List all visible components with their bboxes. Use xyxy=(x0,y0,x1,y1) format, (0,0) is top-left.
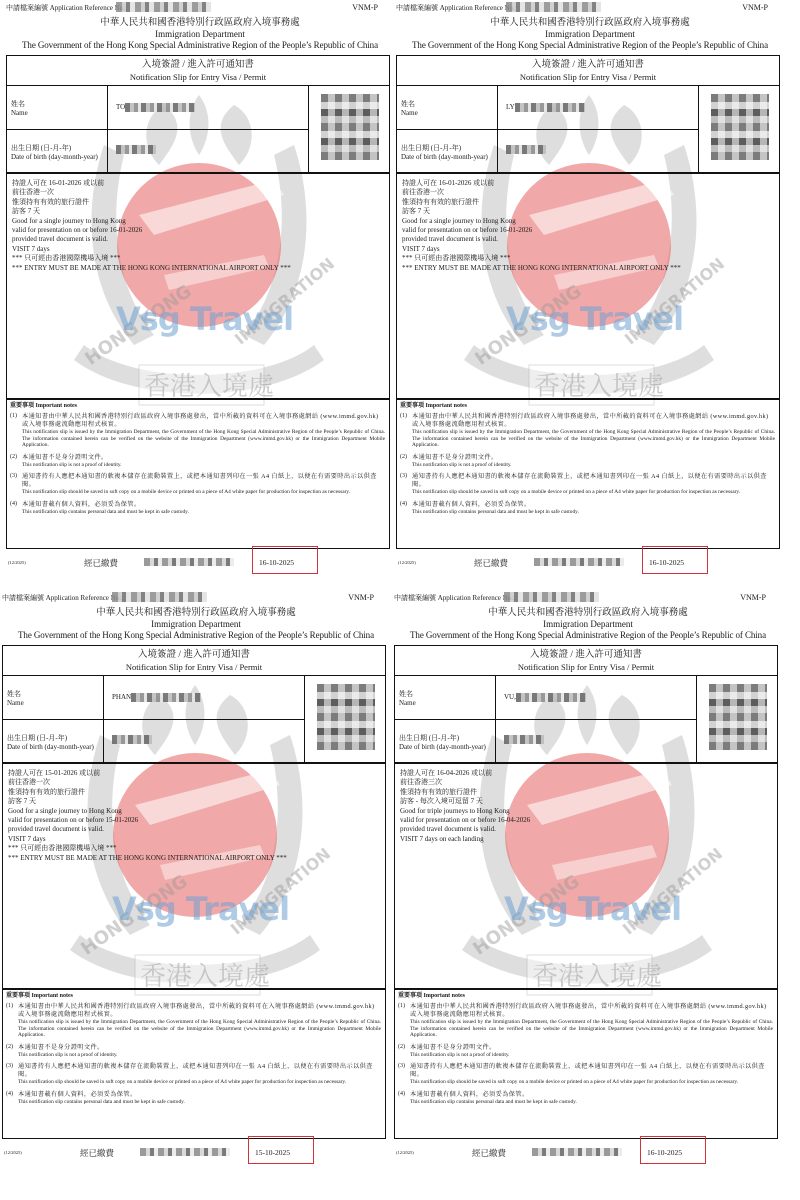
receipt-redacted xyxy=(140,1148,230,1156)
note-item: (2)本通知書不是身分證明文件。This notification slip i… xyxy=(398,1044,773,1059)
note-en: This notification slip contains personal… xyxy=(18,1099,185,1106)
note-item: (3)通知書持有人應把本通知書的軟複本儲存在流動裝置上，或把本通知書列印在一張 … xyxy=(6,1063,381,1086)
holder-photo-redacted xyxy=(321,94,379,160)
fee-paid-label: 經已繳費 xyxy=(474,557,508,569)
note-cn: 本通知書由中華人民共和國香港特別行政區政府入境事務處發出，當中所載的資料可在入境… xyxy=(18,1003,381,1019)
name-redacted xyxy=(515,103,585,112)
note-item: (3)通知書持有人應把本通知書的軟複本儲存在流動裝置上，或把本通知書列印在一張 … xyxy=(10,473,385,496)
slip-title: 入境簽證 / 進入許可通知書 Notification Slip for Ent… xyxy=(3,646,385,676)
condition-line: provided travel document is valid. xyxy=(12,235,389,244)
ref-number-redacted xyxy=(112,592,207,602)
slip-frame: 入境簽證 / 進入許可通知書 Notification Slip for Ent… xyxy=(2,645,386,1139)
important-notes: 重要事項 Important notes (1)本通知書由中華人民共和國香港特別… xyxy=(397,400,779,515)
name-label: 姓名 Name xyxy=(397,86,497,130)
condition-line: Good for a single journey to Hong Kong xyxy=(12,217,389,226)
slip-title-en: Notification Slip for Entry Visa / Permi… xyxy=(397,71,779,83)
condition-line: 訪客 - 每次入境可逗留 7 天 xyxy=(400,797,777,806)
note-cn: 本通知書載有個人資料，必須妥為保管。 xyxy=(412,501,579,509)
issuer-cn: 中華人民共和國香港特別行政區政府入境事務處 xyxy=(392,608,784,619)
note-en: This notification slip should be saved i… xyxy=(410,1079,773,1086)
condition-line: VISIT 7 days xyxy=(8,835,385,844)
receipt-redacted xyxy=(532,1148,622,1156)
condition-line: VISIT 7 days xyxy=(12,245,389,254)
condition-line: provided travel document is valid. xyxy=(8,825,385,834)
holder-info: 姓名 Name 出生日期 (日-月-年) Date of birth (day-… xyxy=(397,86,779,174)
note-item: (4)本通知書載有個人資料，必須妥為保管。This notification s… xyxy=(400,501,775,516)
condition-line: 持證人可在 16-01-2026 或以前 xyxy=(402,179,779,188)
note-item: (2)本通知書不是身分證明文件。This notification slip i… xyxy=(6,1044,381,1059)
visa-conditions: 持證人可在 16-01-2026 或以前前往香港一次惟須持有有效的旅行證件訪客 … xyxy=(397,174,779,400)
form-code: (12/2025) xyxy=(396,1150,414,1155)
note-en: This notification slip contains personal… xyxy=(410,1099,577,1106)
holder-info: 姓名 Name 出生日期 (日-月-年) Date of birth (day-… xyxy=(7,86,389,174)
condition-line: 前往香港一次 xyxy=(402,188,779,197)
issuer-gov: The Government of the Hong Kong Special … xyxy=(4,40,396,51)
note-en: This notification slip is not a proof of… xyxy=(18,1052,118,1059)
fee-paid-label: 經已繳費 xyxy=(84,557,118,569)
important-notes: 重要事項 Important notes (1)本通知書由中華人民共和國香港特別… xyxy=(3,990,385,1105)
dob-label: 出生日期 (日-月-年) Date of birth (day-month-ye… xyxy=(7,130,107,174)
condition-line: Good for triple journeys to Hong Kong xyxy=(400,807,777,816)
name-redacted xyxy=(516,693,586,702)
dob-redacted xyxy=(506,145,546,154)
issuer-dept: Immigration Department xyxy=(0,619,392,630)
slip-title-en: Notification Slip for Entry Visa / Permi… xyxy=(395,661,777,673)
name-label: 姓名 Name xyxy=(7,86,107,130)
note-cn: 本通知書載有個人資料，必須妥為保管。 xyxy=(22,501,189,509)
notification-slip: 中請檔案編號 Application Reference No.: VNM-P … xyxy=(0,590,392,1180)
condition-line: 前往香港一次 xyxy=(12,188,389,197)
dob-value xyxy=(108,130,308,174)
name-value: PHAN xyxy=(104,676,304,720)
notification-slip: 中請檔案編號 Application Reference No.: VNM-P … xyxy=(4,0,396,590)
issuer-header: 中華人民共和國香港特別行政區政府入境事務處 Immigration Depart… xyxy=(394,18,786,51)
dob-redacted xyxy=(116,145,156,154)
note-number: (2) xyxy=(6,1044,18,1059)
note-en: This notification slip is issued by the … xyxy=(18,1019,381,1039)
category-code: VNM-P xyxy=(740,593,766,602)
form-code: (12/2025) xyxy=(398,560,416,565)
condition-line: valid for presentation on or before 16-0… xyxy=(12,226,389,235)
slip-footer: (12/2025) 經已繳費 16-10-2025 xyxy=(4,552,396,576)
ref-label: 中請檔案編號 Application Reference No.: xyxy=(396,3,517,13)
note-item: (4)本通知書載有個人資料，必須妥為保管。This notification s… xyxy=(398,1091,773,1106)
dob-label: 出生日期 (日-月-年) Date of birth (day-month-ye… xyxy=(395,720,495,764)
issuer-gov: The Government of the Hong Kong Special … xyxy=(394,40,786,51)
slip-title-cn: 入境簽證 / 進入許可通知書 xyxy=(3,649,385,661)
condition-line: *** 只可經由香港國際機場入境 *** xyxy=(402,254,779,263)
name-redacted xyxy=(131,693,201,702)
holder-info: 姓名 Name 出生日期 (日-月-年) Date of birth (day-… xyxy=(395,676,777,764)
condition-line: provided travel document is valid. xyxy=(400,825,777,834)
notes-heading: 重要事項 Important notes xyxy=(400,403,775,410)
condition-line: provided travel document is valid. xyxy=(402,235,779,244)
condition-line: Good for a single journey to Hong Kong xyxy=(402,217,779,226)
note-item: (2)本通知書不是身分證明文件。This notification slip i… xyxy=(10,454,385,469)
condition-line: valid for presentation on or before 15-0… xyxy=(8,816,385,825)
slip-title-cn: 入境簽證 / 進入許可通知書 xyxy=(395,649,777,661)
condition-line: *** 只可經由香港國際機場入境 *** xyxy=(12,254,389,263)
issuer-dept: Immigration Department xyxy=(392,619,784,630)
holder-photo-redacted xyxy=(711,94,769,160)
issuer-cn: 中華人民共和國香港特別行政區政府入境事務處 xyxy=(4,18,396,29)
condition-line: 前往香港三次 xyxy=(400,778,777,787)
note-cn: 本通知書由中華人民共和國香港特別行政區政府入境事務處發出，當中所載的資料可在入境… xyxy=(412,413,775,429)
notes-heading: 重要事項 Important notes xyxy=(10,403,385,410)
note-cn: 本通知書由中華人民共和國香港特別行政區政府入境事務處發出，當中所載的資料可在入境… xyxy=(410,1003,773,1019)
category-code: VNM-P xyxy=(348,593,374,602)
fee-paid-label: 經已繳費 xyxy=(472,1147,506,1159)
note-cn: 通知書持有人應把本通知書的軟複本儲存在流動裝置上，或把本通知書列印在一張 A4 … xyxy=(410,1063,773,1079)
reference-line: 中請檔案編號 Application Reference No.: VNM-P xyxy=(2,592,388,604)
issue-date: 16-10-2025 xyxy=(649,558,684,567)
issuer-cn: 中華人民共和國香港特別行政區政府入境事務處 xyxy=(394,18,786,29)
note-en: This notification slip should be saved i… xyxy=(412,489,775,496)
note-number: (3) xyxy=(398,1063,410,1086)
receipt-redacted xyxy=(534,558,624,566)
slip-frame: 入境簽證 / 進入許可通知書 Notification Slip for Ent… xyxy=(6,55,390,549)
name-value: TO xyxy=(108,86,308,130)
condition-line: 訪客 7 天 xyxy=(402,207,779,216)
name-label: 姓名 Name xyxy=(395,676,495,720)
dob-label: 出生日期 (日-月-年) Date of birth (day-month-ye… xyxy=(3,720,103,764)
note-item: (3)通知書持有人應把本通知書的軟複本儲存在流動裝置上，或把本通知書列印在一張 … xyxy=(400,473,775,496)
note-cn: 本通知書由中華人民共和國香港特別行政區政府入境事務處發出，當中所載的資料可在入境… xyxy=(22,413,385,429)
ref-label: 中請檔案編號 Application Reference No.: xyxy=(394,593,515,603)
condition-line: 持證人可在 16-04-2026 或以前 xyxy=(400,769,777,778)
note-number: (2) xyxy=(400,454,412,469)
important-notes: 重要事項 Important notes (1)本通知書由中華人民共和國香港特別… xyxy=(7,400,389,515)
note-en: This notification slip is issued by the … xyxy=(412,429,775,449)
note-en: This notification slip is issued by the … xyxy=(410,1019,773,1039)
note-number: (1) xyxy=(398,1003,410,1039)
condition-line: 前往香港一次 xyxy=(8,778,385,787)
fee-paid-label: 經已繳費 xyxy=(80,1147,114,1159)
visa-conditions: 持證人可在 16-04-2026 或以前前往香港三次惟須持有有效的旅行證件訪客 … xyxy=(395,764,777,990)
notification-slip: 中請檔案編號 Application Reference No.: VNM-P … xyxy=(394,0,786,590)
condition-line: 惟須持有有效的旅行證件 xyxy=(8,788,385,797)
ref-number-redacted xyxy=(506,2,601,12)
condition-line: valid for presentation on or before 16-0… xyxy=(402,226,779,235)
reference-line: 中請檔案編號 Application Reference No.: VNM-P xyxy=(6,2,392,14)
reference-line: 中請檔案編號 Application Reference No.: VNM-P xyxy=(394,592,780,604)
condition-line: *** 只可經由香港國際機場入境 *** xyxy=(8,844,385,853)
note-item: (1)本通知書由中華人民共和國香港特別行政區政府入境事務處發出，當中所載的資料可… xyxy=(400,413,775,449)
issuer-header: 中華人民共和國香港特別行政區政府入境事務處 Immigration Depart… xyxy=(392,608,784,641)
ref-label: 中請檔案編號 Application Reference No.: xyxy=(2,593,123,603)
slips-grid: 中請檔案編號 Application Reference No.: VNM-P … xyxy=(0,0,800,1200)
condition-line: VISIT 7 days on each landing xyxy=(400,835,777,844)
slip-title: 入境簽證 / 進入許可通知書 Notification Slip for Ent… xyxy=(397,56,779,86)
dob-redacted xyxy=(112,735,152,744)
note-cn: 本通知書載有個人資料，必須妥為保管。 xyxy=(410,1091,577,1099)
holder-info: 姓名 Name 出生日期 (日-月-年) Date of birth (day-… xyxy=(3,676,385,764)
note-number: (4) xyxy=(398,1091,410,1106)
note-item: (4)本通知書載有個人資料，必須妥為保管。This notification s… xyxy=(6,1091,381,1106)
note-number: (4) xyxy=(10,501,22,516)
issuer-gov: The Government of the Hong Kong Special … xyxy=(0,630,392,641)
note-cn: 通知書持有人應把本通知書的軟複本儲存在流動裝置上，或把本通知書列印在一張 A4 … xyxy=(22,473,385,489)
note-en: This notification slip contains personal… xyxy=(412,509,579,516)
note-en: This notification slip should be saved i… xyxy=(22,489,385,496)
dob-value xyxy=(104,720,304,764)
holder-photo-redacted xyxy=(317,684,375,750)
ref-number-redacted xyxy=(116,2,211,12)
name-prefix: TO xyxy=(116,103,125,111)
note-cn: 本通知書不是身分證明文件。 xyxy=(412,454,512,462)
issuer-gov: The Government of the Hong Kong Special … xyxy=(392,630,784,641)
condition-line: *** ENTRY MUST BE MADE AT THE HONG KONG … xyxy=(8,854,385,863)
issue-date: 16-10-2025 xyxy=(259,558,294,567)
condition-line: valid for presentation on or before 16-0… xyxy=(400,816,777,825)
condition-line: Good for a single journey to Hong Kong xyxy=(8,807,385,816)
important-notes: 重要事項 Important notes (1)本通知書由中華人民共和國香港特別… xyxy=(395,990,777,1105)
note-number: (2) xyxy=(10,454,22,469)
form-code: (12/2025) xyxy=(4,1150,22,1155)
slip-frame: 入境簽證 / 進入許可通知書 Notification Slip for Ent… xyxy=(396,55,780,549)
name-prefix: PHAN xyxy=(112,693,131,701)
slip-footer: (12/2025) 經已繳費 15-10-2025 xyxy=(0,1142,392,1166)
note-item: (1)本通知書由中華人民共和國香港特別行政區政府入境事務處發出，當中所載的資料可… xyxy=(6,1003,381,1039)
note-number: (4) xyxy=(400,501,412,516)
note-item: (3)通知書持有人應把本通知書的軟複本儲存在流動裝置上，或把本通知書列印在一張 … xyxy=(398,1063,773,1086)
name-value: LY xyxy=(498,86,698,130)
slip-title-en: Notification Slip for Entry Visa / Permi… xyxy=(3,661,385,673)
condition-line: 訪客 7 天 xyxy=(12,207,389,216)
note-number: (1) xyxy=(10,413,22,449)
holder-photo-redacted xyxy=(709,684,767,750)
visa-conditions: 持證人可在 16-01-2026 或以前前往香港一次惟須持有有效的旅行證件訪客 … xyxy=(7,174,389,400)
receipt-redacted xyxy=(144,558,234,566)
note-number: (3) xyxy=(10,473,22,496)
slip-title: 入境簽證 / 進入許可通知書 Notification Slip for Ent… xyxy=(395,646,777,676)
dob-value xyxy=(498,130,698,174)
note-cn: 本通知書載有個人資料，必須妥為保管。 xyxy=(18,1091,185,1099)
note-number: (1) xyxy=(400,413,412,449)
condition-line: *** ENTRY MUST BE MADE AT THE HONG KONG … xyxy=(402,264,779,273)
visa-conditions: 持證人可在 15-01-2026 或以前前往香港一次惟須持有有效的旅行證件訪客 … xyxy=(3,764,385,990)
slip-footer: (12/2025) 經已繳費 16-10-2025 xyxy=(392,1142,784,1166)
issue-date: 16-10-2025 xyxy=(647,1148,682,1157)
name-prefix: VU, xyxy=(504,693,516,701)
note-en: This notification slip is not a proof of… xyxy=(410,1052,510,1059)
dob-label: 出生日期 (日-月-年) Date of birth (day-month-ye… xyxy=(397,130,497,174)
note-item: (1)本通知書由中華人民共和國香港特別行政區政府入境事務處發出，當中所載的資料可… xyxy=(10,413,385,449)
note-number: (3) xyxy=(400,473,412,496)
condition-line: 惟須持有有效的旅行證件 xyxy=(400,788,777,797)
note-en: This notification slip is not a proof of… xyxy=(22,462,122,469)
condition-line: 訪客 7 天 xyxy=(8,797,385,806)
note-cn: 本通知書不是身分證明文件。 xyxy=(410,1044,510,1052)
name-label: 姓名 Name xyxy=(3,676,103,720)
issuer-cn: 中華人民共和國香港特別行政區政府入境事務處 xyxy=(0,608,392,619)
issuer-header: 中華人民共和國香港特別行政區政府入境事務處 Immigration Depart… xyxy=(4,18,396,51)
notes-heading: 重要事項 Important notes xyxy=(398,993,773,1000)
slip-title-cn: 入境簽證 / 進入許可通知書 xyxy=(397,59,779,71)
slip-title-en: Notification Slip for Entry Visa / Permi… xyxy=(7,71,389,83)
reference-line: 中請檔案編號 Application Reference No.: VNM-P xyxy=(396,2,782,14)
note-en: This notification slip should be saved i… xyxy=(18,1079,381,1086)
condition-line: 持證人可在 16-01-2026 或以前 xyxy=(12,179,389,188)
name-prefix: LY xyxy=(506,103,515,111)
category-code: VNM-P xyxy=(352,3,378,12)
note-cn: 通知書持有人應把本通知書的軟複本儲存在流動裝置上，或把本通知書列印在一張 A4 … xyxy=(412,473,775,489)
issuer-header: 中華人民共和國香港特別行政區政府入境事務處 Immigration Depart… xyxy=(0,608,392,641)
note-item: (1)本通知書由中華人民共和國香港特別行政區政府入境事務處發出，當中所載的資料可… xyxy=(398,1003,773,1039)
notification-slip: 中請檔案編號 Application Reference No.: VNM-P … xyxy=(392,590,784,1180)
category-code: VNM-P xyxy=(742,3,768,12)
ref-label: 中請檔案編號 Application Reference No.: xyxy=(6,3,127,13)
note-en: This notification slip contains personal… xyxy=(22,509,189,516)
form-code: (12/2025) xyxy=(8,560,26,565)
dob-redacted xyxy=(504,735,544,744)
issue-date: 15-10-2025 xyxy=(255,1148,290,1157)
name-value: VU, xyxy=(496,676,696,720)
note-item: (4)本通知書載有個人資料，必須妥為保管。This notification s… xyxy=(10,501,385,516)
ref-number-redacted xyxy=(504,592,599,602)
note-number: (3) xyxy=(6,1063,18,1086)
note-cn: 本通知書不是身分證明文件。 xyxy=(18,1044,118,1052)
slip-title: 入境簽證 / 進入許可通知書 Notification Slip for Ent… xyxy=(7,56,389,86)
condition-line: 惟須持有有效的旅行證件 xyxy=(12,198,389,207)
name-redacted xyxy=(125,103,195,112)
note-number: (1) xyxy=(6,1003,18,1039)
condition-line: 持證人可在 15-01-2026 或以前 xyxy=(8,769,385,778)
slip-title-cn: 入境簽證 / 進入許可通知書 xyxy=(7,59,389,71)
slip-footer: (12/2025) 經已繳費 16-10-2025 xyxy=(394,552,786,576)
notes-heading: 重要事項 Important notes xyxy=(6,993,381,1000)
note-number: (2) xyxy=(398,1044,410,1059)
note-cn: 本通知書不是身分證明文件。 xyxy=(22,454,122,462)
note-cn: 通知書持有人應把本通知書的軟複本儲存在流動裝置上，或把本通知書列印在一張 A4 … xyxy=(18,1063,381,1079)
note-en: This notification slip is not a proof of… xyxy=(412,462,512,469)
note-item: (2)本通知書不是身分證明文件。This notification slip i… xyxy=(400,454,775,469)
condition-line: VISIT 7 days xyxy=(402,245,779,254)
condition-line: 惟須持有有效的旅行證件 xyxy=(402,198,779,207)
issuer-dept: Immigration Department xyxy=(394,29,786,40)
dob-value xyxy=(496,720,696,764)
slip-frame: 入境簽證 / 進入許可通知書 Notification Slip for Ent… xyxy=(394,645,778,1139)
note-number: (4) xyxy=(6,1091,18,1106)
condition-line: *** ENTRY MUST BE MADE AT THE HONG KONG … xyxy=(12,264,389,273)
note-en: This notification slip is issued by the … xyxy=(22,429,385,449)
issuer-dept: Immigration Department xyxy=(4,29,396,40)
